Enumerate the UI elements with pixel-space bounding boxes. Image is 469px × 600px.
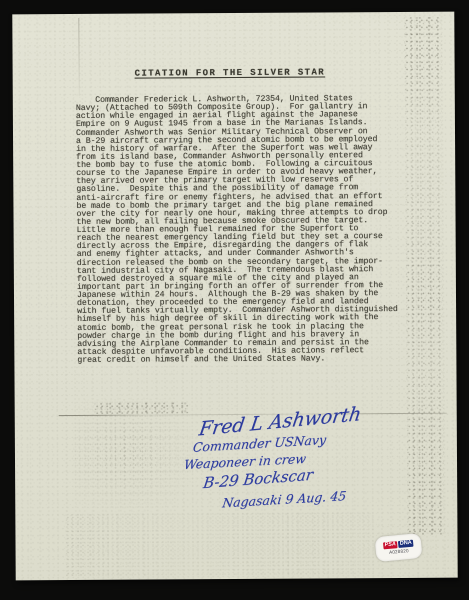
citation-line: great credit on himself and the United S… <box>77 355 417 365</box>
citation-body: Commander Frederick L. Ashworth, 72354, … <box>76 95 418 365</box>
toner-noise-bottom <box>65 512 375 576</box>
document-page: CITATION FOR THE SILVER STAR Commander F… <box>12 12 457 581</box>
toner-smudge-strip <box>95 402 189 414</box>
cert-number: A028820 <box>389 548 409 555</box>
dna-logo: DNA <box>398 540 414 548</box>
citation-title: CITATION FOR THE SILVER STAR <box>135 67 325 78</box>
paper-edge-line <box>78 18 79 96</box>
psa-dna-sticker: PSA DNA A028820 <box>374 533 422 562</box>
psa-logo: PSA <box>383 541 398 549</box>
sticker-brand-row: PSA DNA <box>383 540 414 550</box>
signature-mission: Nagasaki 9 Aug. 45 <box>221 488 347 510</box>
scan-background: CITATION FOR THE SILVER STAR Commander F… <box>0 0 469 600</box>
